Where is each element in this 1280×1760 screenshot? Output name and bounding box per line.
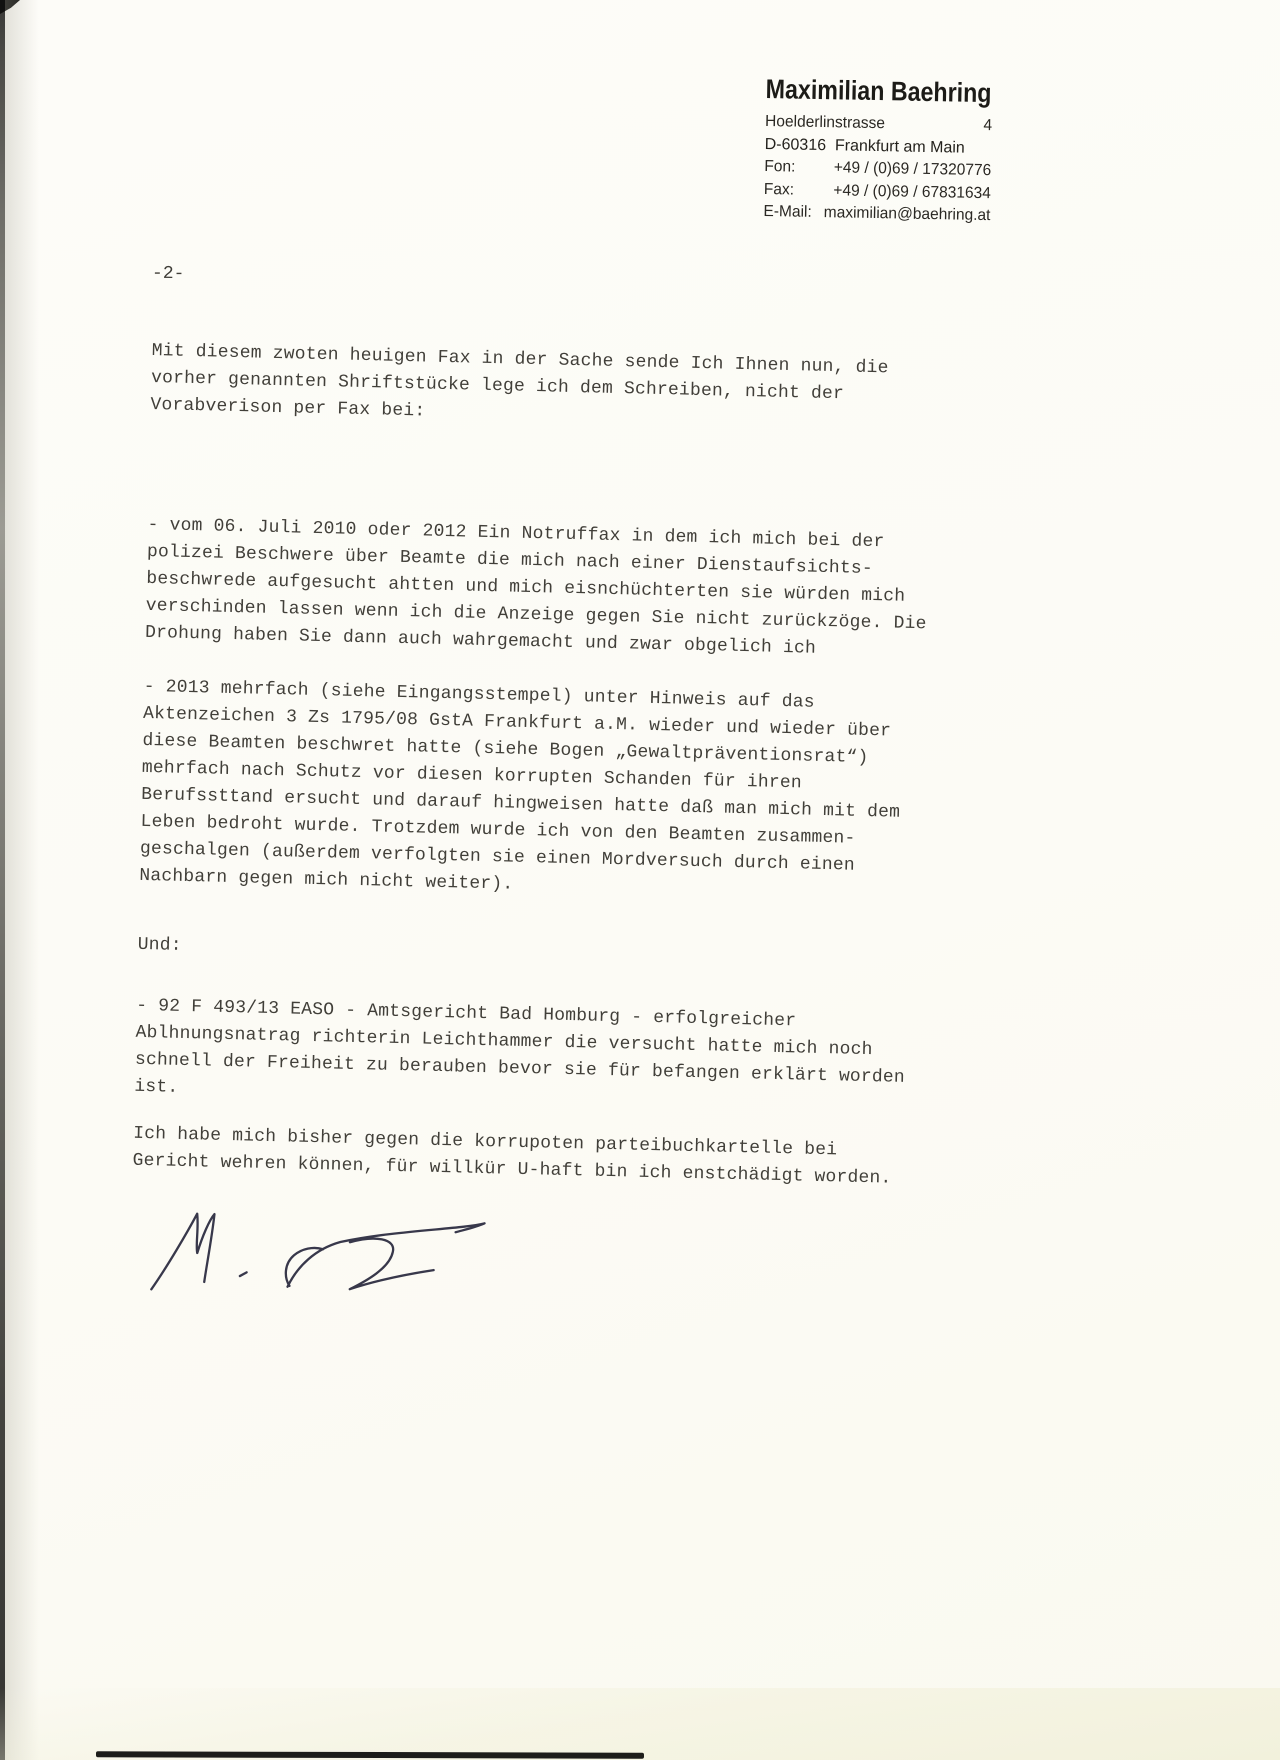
letterhead: Maximilian Baehring Hoelderlinstrasse 4 … xyxy=(763,74,1000,228)
sender-street-row: Hoelderlinstrasse 4 xyxy=(765,111,992,138)
email-label: E-Mail: xyxy=(763,201,812,224)
paragraph-intro: Mit diesem zwoten heuigen Fax in der Sac… xyxy=(150,338,980,438)
email-value: maximilian@baehring.at xyxy=(824,202,991,228)
fon-value: +49 / (0)69 / 17320776 xyxy=(834,157,992,182)
fon-label: Fon: xyxy=(764,156,795,179)
paper-curl-shadow xyxy=(5,0,39,1760)
signature-scribble-icon xyxy=(145,1187,493,1310)
paragraph-item-2013: - 2013 mehrfach (siehe Eingangsstempel) … xyxy=(139,674,972,909)
fax-value: +49 / (0)69 / 67831634 xyxy=(833,180,991,205)
page-number: -2- xyxy=(152,264,185,285)
handwritten-signature xyxy=(145,1187,493,1310)
paragraph-und: Und: xyxy=(137,932,965,979)
scanned-letter-page: Maximilian Baehring Hoelderlinstrasse 4 … xyxy=(0,0,1280,1760)
fax-label: Fax: xyxy=(764,178,795,201)
sender-email-row: E-Mail: maximilian@baehring.at xyxy=(763,201,990,228)
sender-street: Hoelderlinstrasse xyxy=(765,111,885,136)
sender-street-number: 4 xyxy=(983,115,992,138)
letter-body: Mit diesem zwoten heuigen Fax in der Sac… xyxy=(129,338,979,1321)
sender-name: Maximilian Baehring xyxy=(765,74,967,109)
paragraph-item-amtsgericht: - 92 F 493/13 EASO - Amtsgericht Bad Hom… xyxy=(134,993,964,1120)
paragraph-item-notruffax: - vom 06. Juli 2010 oder 2012 Ein Notruf… xyxy=(145,512,976,666)
paragraph-closing: Ich habe mich bisher gegen die korrupote… xyxy=(132,1121,961,1194)
paper-bottom-tint xyxy=(0,1688,1280,1760)
